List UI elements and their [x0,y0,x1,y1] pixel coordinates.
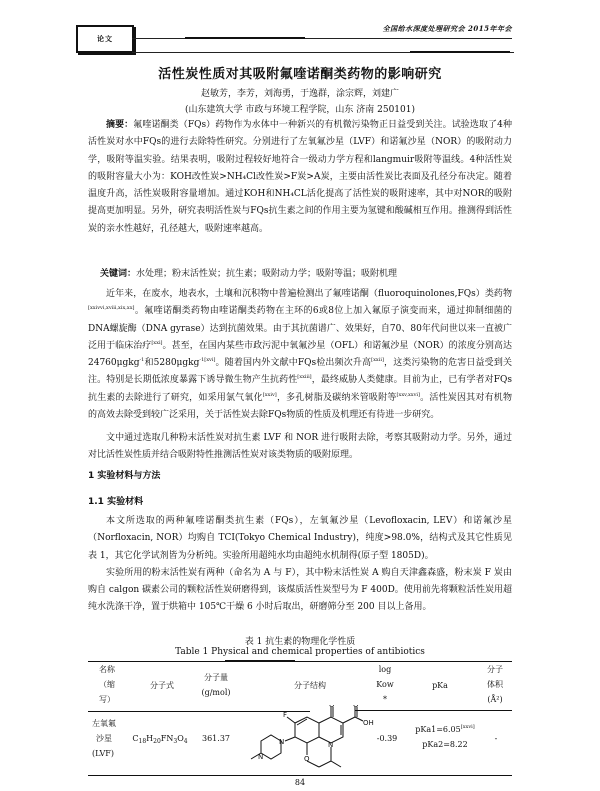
intro-paragraph: 近年来，在废水，地表水，土壤和沉积物中普遍检测出了氟喹诺酮（fluoroquin… [88,286,512,424]
pka2: pKa2=8.22 [405,737,485,752]
header-line: (Å²) [480,692,510,707]
header-line: (g/mol) [193,685,239,700]
page-number: 84 [0,778,600,787]
header-line: 写） [92,692,122,707]
table-cell-name: 左氧氟 沙星 (LVF) [92,716,122,761]
atom-label: O [353,705,359,709]
keywords: 关键词：水处理；粉末活性炭；抗生素；吸附动力学；吸附等温；吸附机理 [100,266,397,279]
header-line: 分子量 [193,670,239,685]
atom-label: OH [363,719,374,727]
table-top-rule-accent [225,660,295,662]
text: 。随着国内外文献中FQs检出频次升高 [215,358,371,368]
text: 近年来，在废水，地表水，土壤和沉积物中普遍检测出了氟喹诺酮（fluoroquin… [106,289,512,299]
citation: [xxivvi,xviii,xix,xx] [88,305,134,311]
table-cell-volume: - [486,731,506,746]
abstract-text: 氟喹诺酮类（FQs）药物作为水体中一种新兴的有机微污染物正日益受到关注。试验选取… [88,120,512,234]
atom-label: O [329,705,335,709]
atom-label: F [283,711,287,719]
table-cell-mw: 361.37 [193,731,239,746]
cell-line: 左氧氟 [92,716,122,731]
materials-paragraph: 实验所用的粉末活性炭有两种（命名为 A 与 F），其中粉末活性炭 A 购自天津鑫… [88,565,512,617]
abstract: 摘要：氟喹诺酮类（FQs）药物作为水体中一种新兴的有机微污染物正日益受到关注。试… [88,117,512,238]
text: 和5280μgkg [144,358,199,368]
table-header-formula: 分子式 [137,678,187,693]
table-cell-logkow: -0.39 [370,731,404,746]
cell-line: (LVF) [92,746,122,761]
text: ，多孔树脂及碳纳米管吸附等 [277,393,397,403]
header-line: Kow [370,677,400,692]
header-rule-accent [185,37,305,39]
citation: [xxv,xxvi] [397,392,420,398]
table-header-logkow: log Kow * [370,662,400,707]
table-caption-cn: 表 1 抗生素的物理化学性质 [0,634,600,647]
authors: 赵敏芳，李芳，刘海勇，于逸群，涂宗辉，刘建广 [0,86,600,99]
header-line: log [370,662,400,677]
atom-label: N [279,738,284,746]
subsection-heading: 1.1 实验材料 [88,494,143,507]
keywords-label: 关键词： [100,269,136,279]
materials-paragraph: 本文所选取的两种氟喹诺酮类抗生素（FQs），左氧氟沙星（Levofloxacin… [88,513,512,565]
table-cell-pka: pKa1=6.05[xxvi] pKa2=8.22 [405,722,485,752]
materials: 本文所选取的两种氟喹诺酮类抗生素（FQs），左氧氟沙星（Levofloxacin… [88,513,512,617]
table-header-structure: 分子结构 [260,678,360,693]
paper-title: 活性炭性质对其吸附氟喹诺酮类药物的影响研究 [0,63,600,82]
citation: [xxiii] [297,374,311,380]
header-line: 分子 [480,662,510,677]
citation: -1[xvi] [199,357,215,363]
atom-label: O [304,755,310,763]
header-rule-accent [410,51,510,53]
cell-line: 沙星 [92,731,122,746]
header-line: 名称 [92,662,122,677]
levofloxacin-structure-diagram: F O O OH N N N O [243,705,379,777]
table-cell-formula: C18H20FN3O4 [130,731,190,746]
purpose-paragraph: 文中通过选取几种粉末活性炭对抗生素 LVF 和 NOR 进行吸附去除，考察其吸附… [88,430,512,465]
table-header-pka: pKa [415,678,465,693]
citation: [xxii] [371,357,384,363]
conference-name: 全国给水深度处理研究会 2015年年会 [383,24,512,34]
keywords-text: 水处理；粉末活性炭；抗生素；吸附动力学；吸附等温；吸附机理 [136,269,397,279]
introduction: 近年来，在废水，地表水，土壤和沉积物中普遍检测出了氟喹诺酮（fluoroquin… [88,286,512,424]
table-header-volume: 分子 体积 (Å²) [480,662,510,707]
header-line: 体积 [480,677,510,692]
citation: [xxi] [151,340,162,346]
table-header-name: 名称 （缩 写） [92,662,122,707]
citation: [xxiv] [263,392,277,398]
atom-label: N [328,741,333,749]
section-heading: 1 实验材料与方法 [88,468,160,481]
paper-page: 论文 全国给水深度处理研究会 2015年年会 活性炭性质对其吸附氟喹诺酮类药物的… [0,0,600,791]
citation: [xxvi] [461,724,475,730]
header-line: （缩 [92,677,122,692]
abstract-label: 摘要： [106,120,133,130]
text: 文中通过选取几种粉末活性炭对抗生素 LVF 和 NOR 进行吸附去除，考察其吸附… [88,430,512,465]
affiliation: (山东建筑大学 市政与环境工程学院，山东 济南 250101) [0,102,600,115]
table-caption-en: Table 1 Physical and chemical properties… [0,647,600,657]
pka1: pKa1=6.05 [415,725,460,734]
section-tag: 论文 [76,25,134,53]
table-top-rule [88,661,512,662]
table-header-mw: 分子量 (g/mol) [193,670,239,700]
atom-label: N [258,753,263,761]
